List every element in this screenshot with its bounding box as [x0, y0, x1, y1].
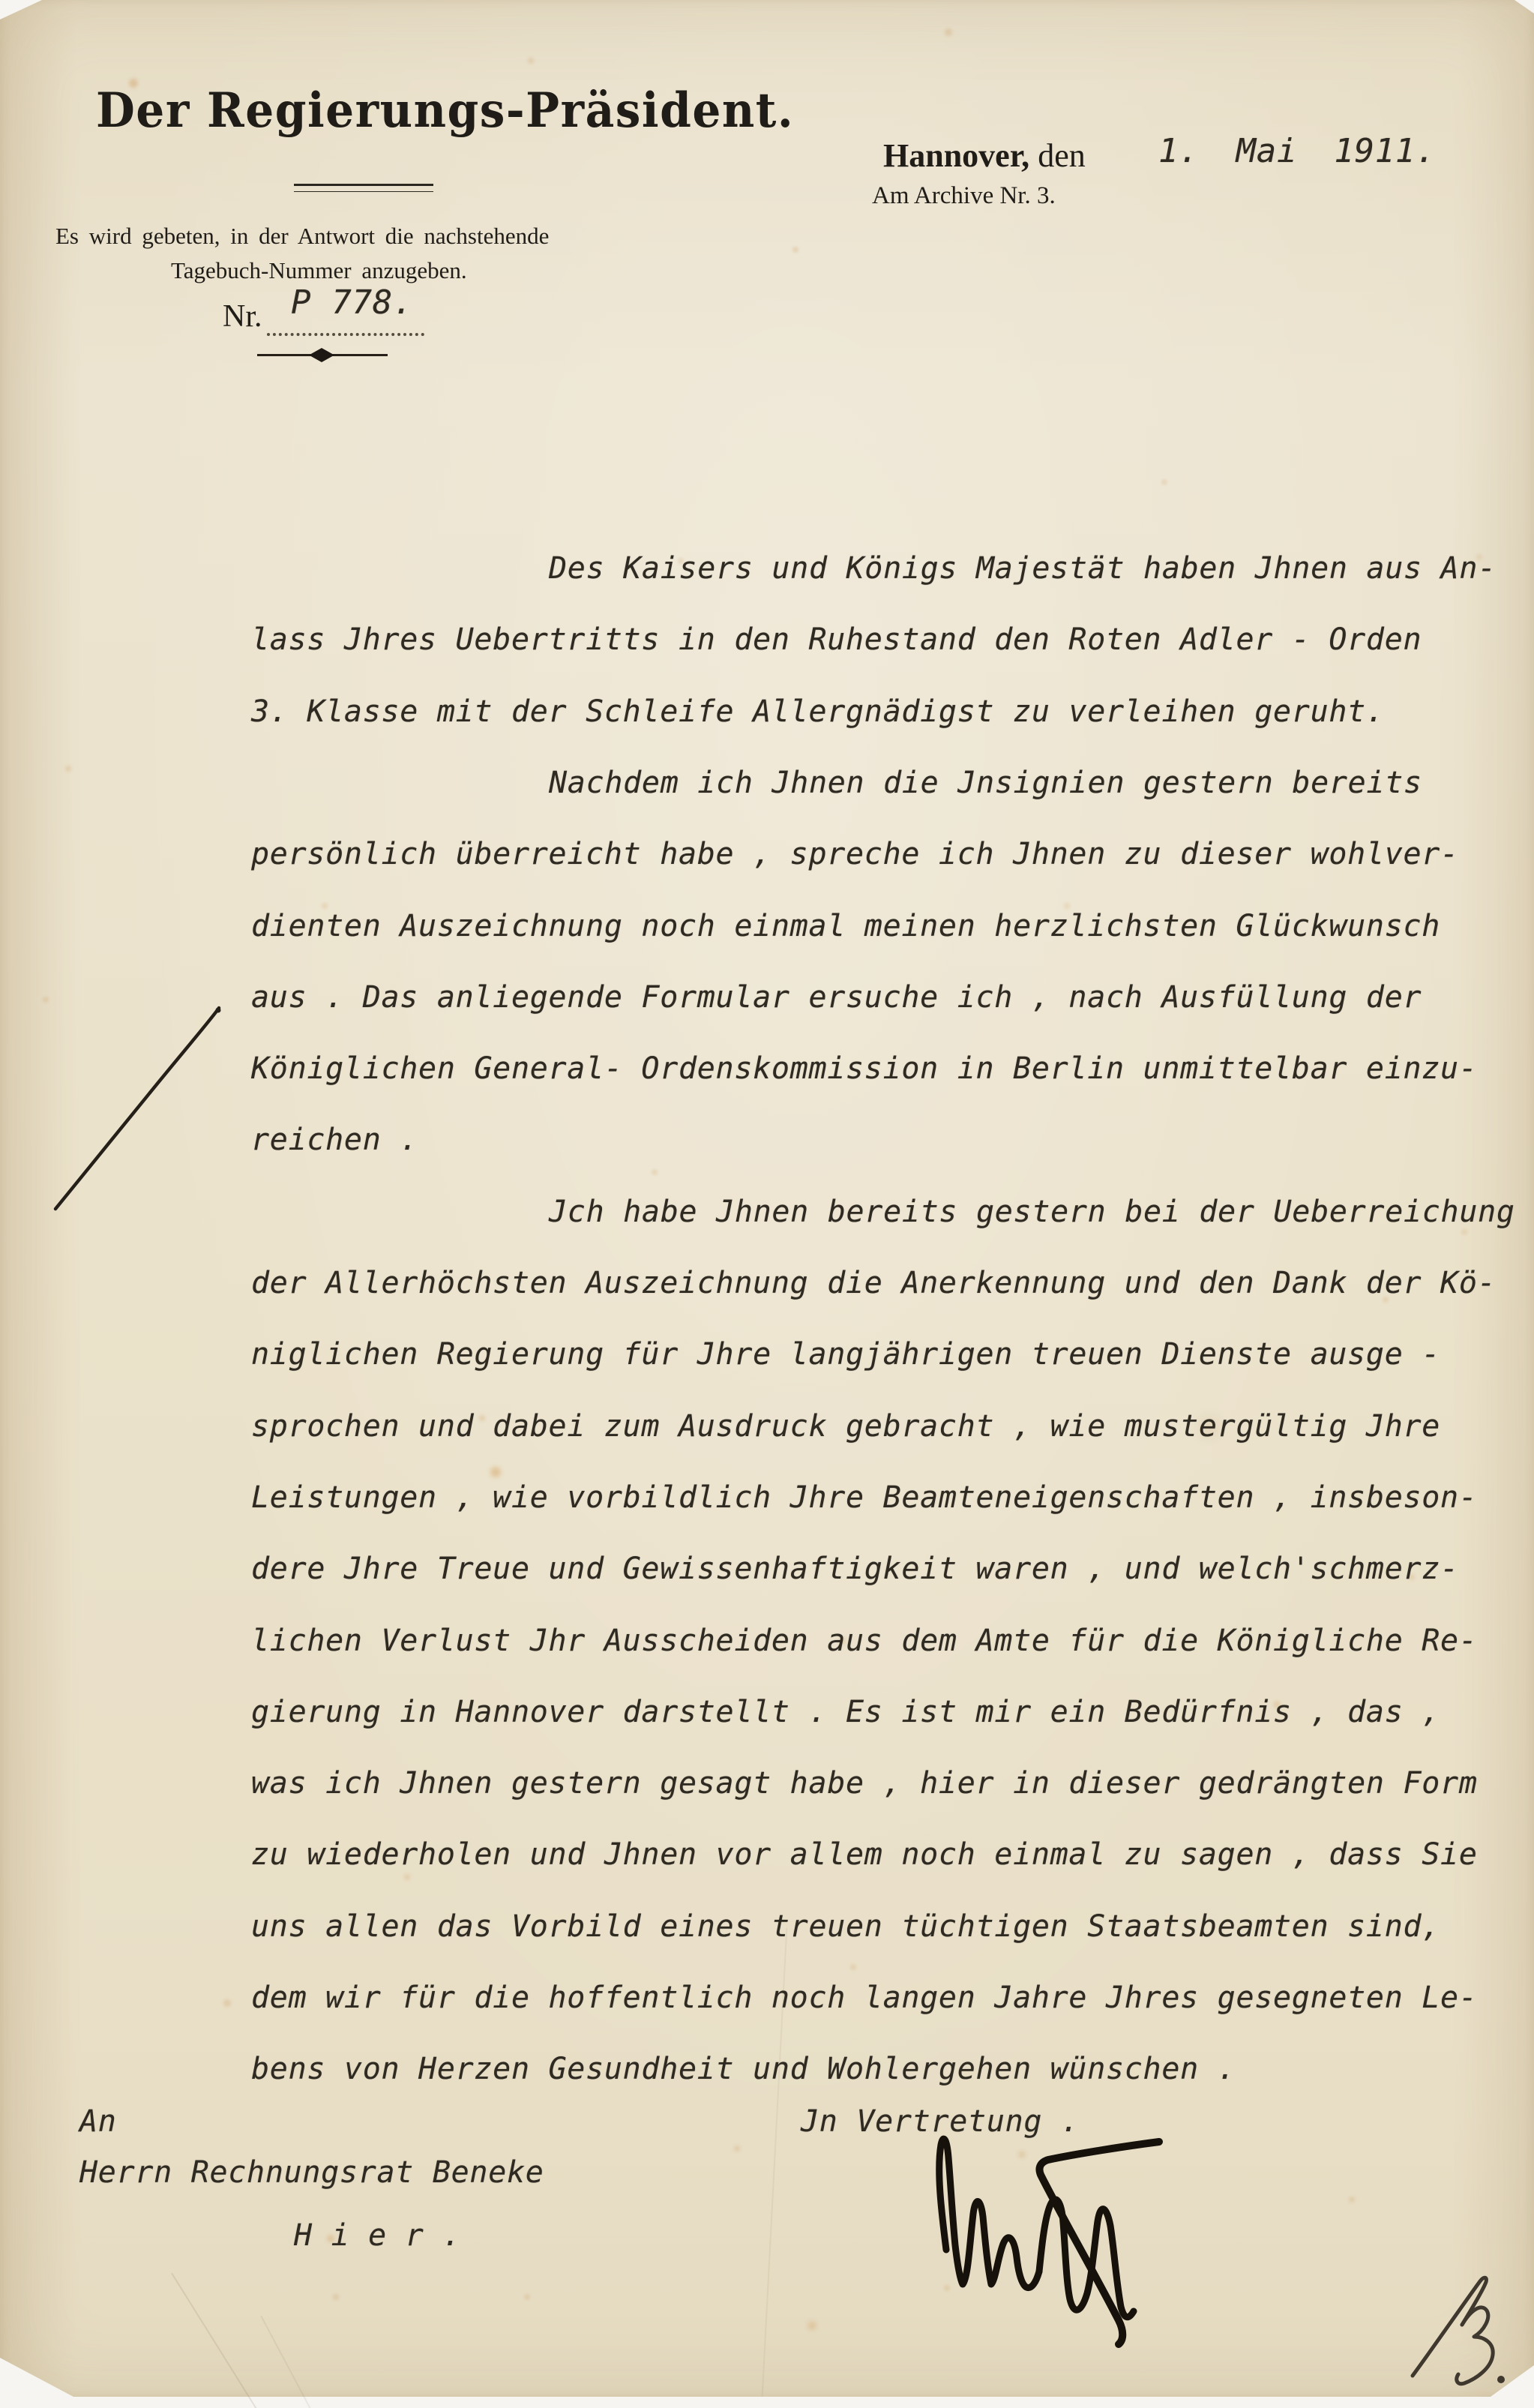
body-line: der Allerhöchsten Auszeichnung die Anerk… — [251, 1266, 1496, 1300]
body-line: Jch habe Jhnen bereits gestern bei der U… — [549, 1195, 1515, 1229]
body-line: zu wiederholen und Jhnen vor allem noch … — [251, 1837, 1478, 1872]
recipient-hier: H i e r . — [294, 2218, 461, 2253]
body-line: lass Jhres Uebertritts in den Ruhestand … — [251, 622, 1422, 657]
letter-body: Des Kaisers und Königs Majestät haben Jh… — [0, 0, 1534, 2408]
body-line: dienten Auszeichnung noch einmal meinen … — [251, 909, 1440, 943]
body-line: bens von Herzen Gesundheit und Wohlergeh… — [251, 2052, 1236, 2086]
body-line: Nachdem ich Jhnen die Jnsignien gestern … — [549, 766, 1422, 800]
body-line: dere Jhre Treue und Gewissenhaftigkeit w… — [251, 1552, 1459, 1586]
body-line: aus . Das anliegende Formular ersuche ic… — [251, 980, 1422, 1015]
recipient-an: An — [79, 2104, 117, 2139]
closing-in-vertretung: Jn Vertretung . — [801, 2104, 1080, 2139]
body-line: was ich Jhnen gestern gesagt habe , hier… — [251, 1766, 1478, 1801]
body-line: persönlich überreicht habe , spreche ich… — [251, 837, 1459, 871]
body-line: 3. Klasse mit der Schleife Allergnädigst… — [251, 694, 1385, 729]
body-line: Des Kaisers und Königs Majestät haben Jh… — [549, 551, 1497, 586]
body-line: sprochen und dabei zum Ausdruck gebracht… — [251, 1409, 1440, 1444]
body-line: reichen . — [251, 1123, 418, 1157]
scanned-letter: Der Regierungs-Präsident. Hannover, den … — [0, 0, 1534, 2408]
body-line: uns allen das Vorbild eines treuen tücht… — [251, 1909, 1440, 1944]
recipient-name: Herrn Rechnungsrat Beneke — [79, 2155, 544, 2190]
body-line: dem wir für die hoffentlich noch langen … — [251, 1981, 1478, 2015]
body-line: lichen Verlust Jhr Ausscheiden aus dem A… — [251, 1624, 1478, 1658]
body-line: Königlichen General- Ordenskommission in… — [251, 1051, 1478, 1086]
body-line: Leistungen , wie vorbildlich Jhre Beamte… — [251, 1480, 1478, 1515]
body-line: niglichen Regierung für Jhre langjährige… — [251, 1337, 1440, 1372]
body-line: gierung in Hannover darstellt . Es ist m… — [251, 1695, 1440, 1729]
